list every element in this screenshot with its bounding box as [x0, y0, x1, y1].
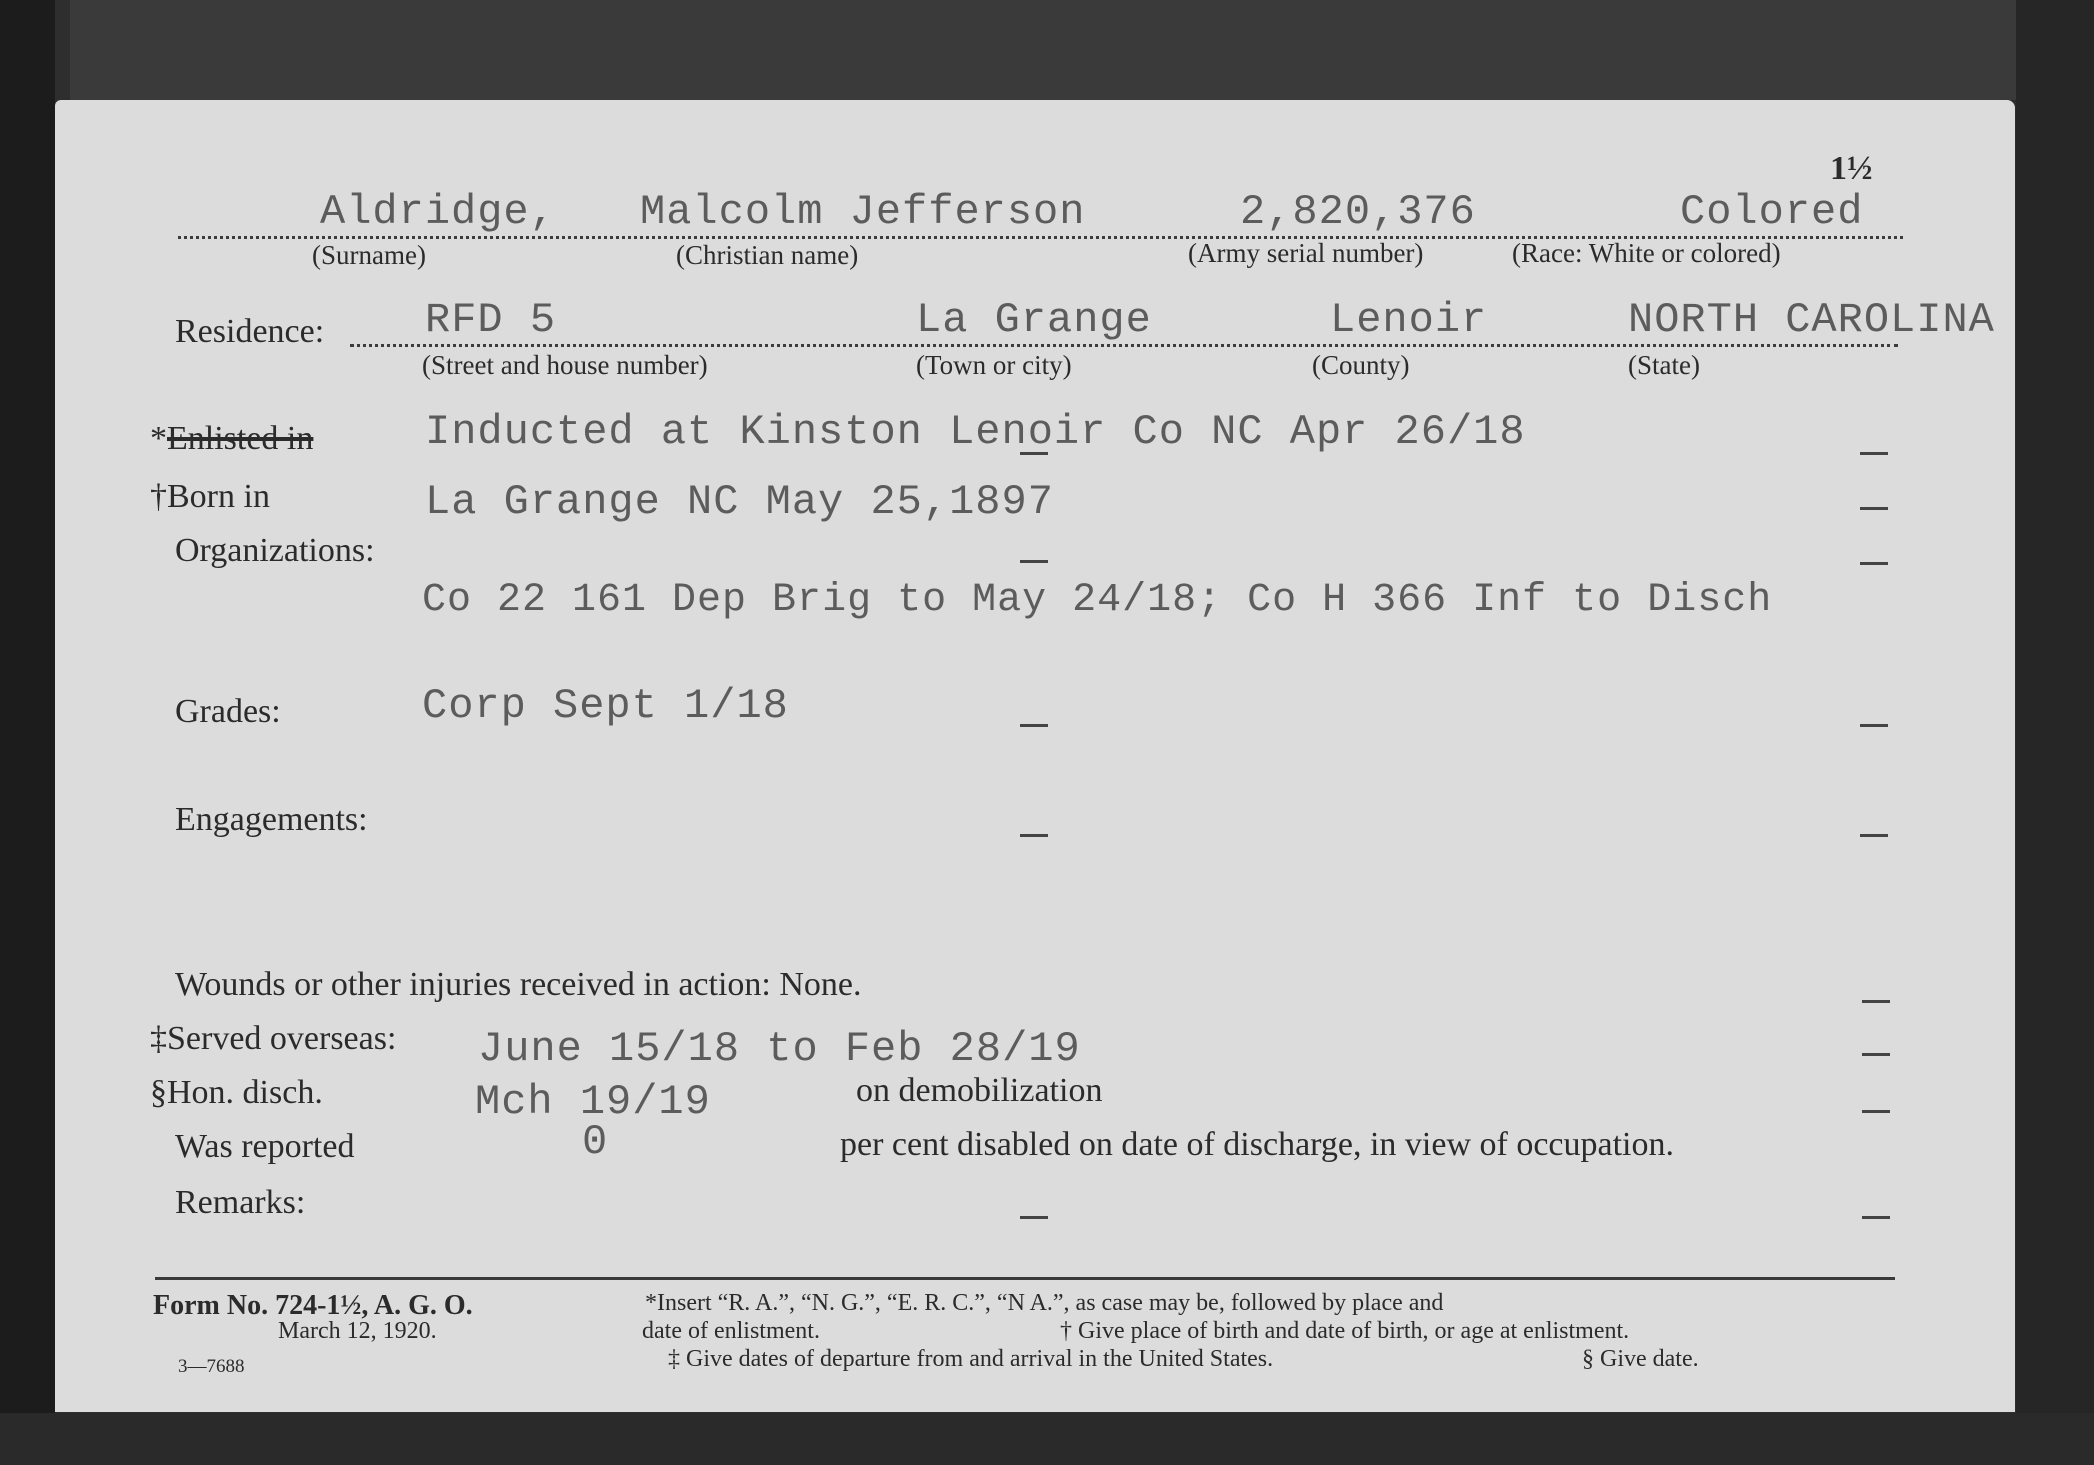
- footer-rule: [155, 1277, 1895, 1280]
- card-corner-number: 1½: [1830, 150, 1873, 188]
- scan-background-bottom: [0, 1413, 2094, 1465]
- center-dash: [1020, 560, 1048, 563]
- residence-county-value: Lenoir: [1330, 296, 1487, 344]
- footnote-enlistment: *Insert “R. A.”, “N. G.”, “E. R. C.”, “N…: [645, 1290, 1443, 1317]
- residence-street-value: RFD 5: [425, 296, 556, 344]
- engagements-label: Engagements:: [175, 801, 368, 839]
- margin-dash: [1860, 562, 1888, 565]
- footnote-discharge: § Give date.: [1582, 1346, 1699, 1373]
- scan-background-left: [0, 0, 55, 1465]
- enlisted-label-row: *Enlisted in: [150, 420, 313, 458]
- residence-street-caption: (Street and house number): [422, 350, 708, 381]
- footnote-birth: † Give place of birth and date of birth,…: [1060, 1318, 1629, 1345]
- margin-dash: [1860, 724, 1888, 727]
- discharge-suffix: on demobilization: [856, 1072, 1102, 1110]
- margin-dash: [1860, 452, 1888, 455]
- enlisted-footnote-marker: *: [150, 420, 167, 457]
- discharge-label-row: §Hon. disch.: [150, 1074, 323, 1112]
- christian-name-caption: (Christian name): [676, 240, 858, 271]
- remarks-label: Remarks:: [175, 1184, 305, 1222]
- overseas-label: Served overseas:: [167, 1020, 396, 1057]
- margin-dash: [1862, 1216, 1890, 1219]
- overseas-label-row: ‡Served overseas:: [150, 1020, 396, 1058]
- born-footnote-marker: †: [150, 478, 167, 515]
- race-value: Colored: [1680, 188, 1863, 236]
- disability-value: 0: [582, 1118, 608, 1166]
- born-value: La Grange NC May 25,1897: [425, 478, 1054, 526]
- residence-state-value: NORTH CAROLINA: [1628, 296, 1995, 344]
- enlisted-value: Inducted at Kinston Lenoir Co NC Apr 26/…: [425, 408, 1526, 456]
- scan-background-top: [70, 0, 2020, 100]
- residence-dotted-line: [350, 344, 1898, 347]
- residence-state-caption: (State): [1628, 350, 1700, 381]
- discharge-label: Hon. disch.: [167, 1074, 323, 1111]
- footnote-enlistment-cont: date of enlistment.: [642, 1318, 820, 1345]
- wounds-row: Wounds or other injuries received in act…: [175, 966, 862, 1004]
- overseas-value: June 15/18 to Feb 28/19: [478, 1025, 1081, 1073]
- center-dash: [1020, 724, 1048, 727]
- center-dash: [1020, 452, 1048, 455]
- wounds-value: None.: [779, 966, 861, 1003]
- residence-label: Residence:: [175, 313, 324, 351]
- overseas-footnote-marker: ‡: [150, 1020, 167, 1057]
- residence-county-caption: (County): [1312, 350, 1410, 381]
- margin-dash: [1860, 507, 1888, 510]
- margin-dash: [1860, 834, 1888, 837]
- born-label: Born in: [167, 478, 270, 515]
- footnote-overseas: ‡ Give dates of departure from and arriv…: [668, 1346, 1273, 1373]
- margin-dash: [1862, 1110, 1890, 1113]
- margin-dash: [1862, 1053, 1890, 1056]
- race-caption: (Race: White or colored): [1512, 238, 1781, 269]
- scan-background-right: [2016, 0, 2094, 1465]
- grades-label: Grades:: [175, 693, 281, 731]
- serial-number-caption: (Army serial number): [1188, 238, 1423, 269]
- discharge-footnote-marker: §: [150, 1074, 167, 1111]
- disability-suffix: per cent disabled on date of discharge, …: [840, 1126, 1674, 1164]
- enlisted-label: Enlisted in: [167, 420, 313, 457]
- print-code: 3—7688: [178, 1356, 245, 1378]
- wounds-label: Wounds or other injuries received in act…: [175, 966, 771, 1003]
- surname-value: Aldridge,: [320, 188, 556, 236]
- center-dash: [1020, 834, 1048, 837]
- residence-town-caption: (Town or city): [916, 350, 1072, 381]
- born-label-row: †Born in: [150, 478, 270, 516]
- organizations-value: Co 22 161 Dep Brig to May 24/18; Co H 36…: [422, 578, 1772, 623]
- serial-number-value: 2,820,376: [1240, 188, 1476, 236]
- residence-town-value: La Grange: [916, 296, 1152, 344]
- disability-label: Was reported: [175, 1128, 354, 1166]
- grades-value: Corp Sept 1/18: [422, 682, 789, 730]
- organizations-label: Organizations:: [175, 532, 375, 570]
- surname-caption: (Surname): [312, 240, 426, 271]
- form-date: March 12, 1920.: [278, 1318, 437, 1345]
- christian-name-value: Malcolm Jefferson: [640, 188, 1085, 236]
- margin-dash: [1862, 1000, 1890, 1003]
- center-dash: [1020, 1216, 1048, 1219]
